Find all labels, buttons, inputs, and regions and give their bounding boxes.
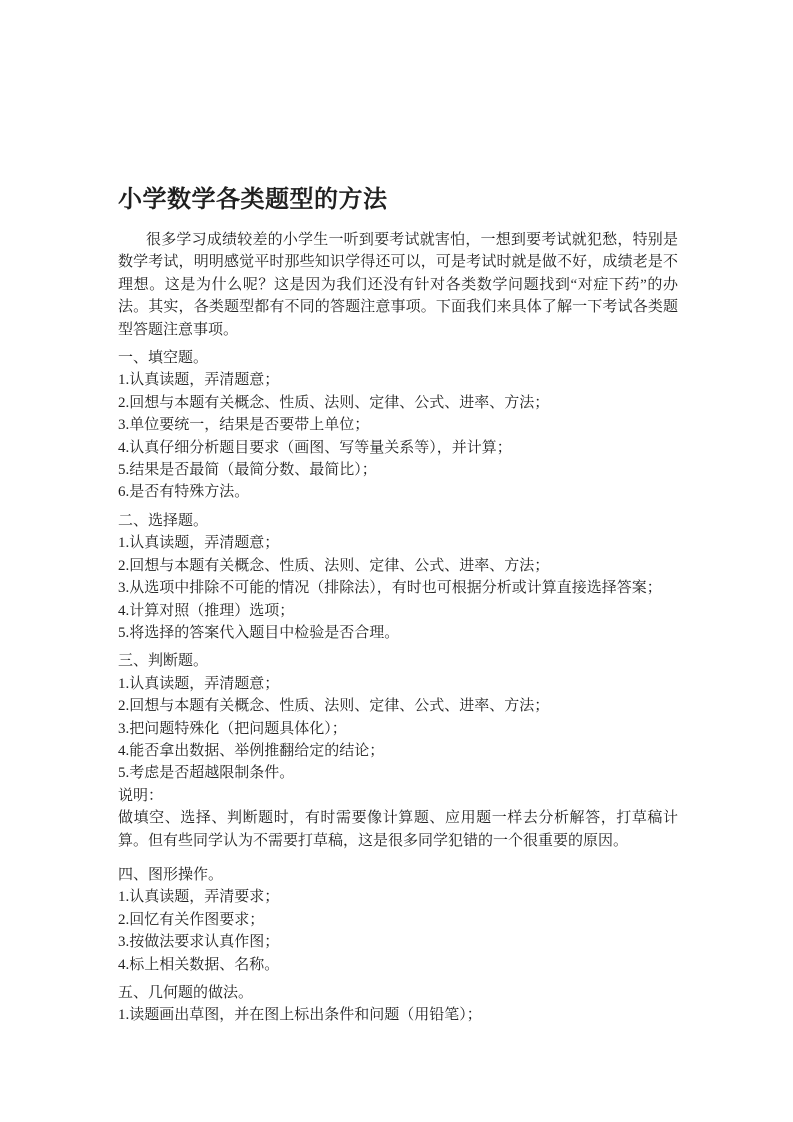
document-content: 小学数学各类题型的方法 很多学习成绩较差的小学生一听到要考试就害怕，一想到要考试… [118,186,678,1027]
section-heading: 一、填空题。 [118,347,678,369]
section-item: 4.计算对照（推理）选项； [118,600,678,622]
section-heading: 五、几何题的做法。 [118,982,678,1004]
section-item: 5.结果是否最简（最简分数、最简比）； [118,459,678,481]
section-note-label: 说明： [118,785,678,807]
section-geometry: 五、几何题的做法。 1.读题画出草图，并在图上标出条件和问题（用铅笔）； [118,982,678,1027]
section-item: 1.认真读题，弄清题意； [118,369,678,391]
section-item: 5.将选择的答案代入题目中检验是否合理。 [118,622,678,644]
section-multiple-choice: 二、选择题。 1.认真读题，弄清题意； 2.回想与本题有关概念、性质、法则、定律… [118,510,678,644]
section-item: 4.认真仔细分析题目要求（画图、写等量关系等），并计算； [118,437,678,459]
page-title: 小学数学各类题型的方法 [118,186,678,214]
section-fill-in-blanks: 一、填空题。 1.认真读题，弄清题意； 2.回想与本题有关概念、性质、法则、定律… [118,347,678,504]
intro-paragraph: 很多学习成绩较差的小学生一听到要考试就害怕，一想到要考试就犯愁，特别是数学考试，… [118,229,678,341]
section-item: 3.从选项中排除不可能的情况（排除法），有时也可根据分析或计算直接选择答案； [118,577,678,599]
section-note-paragraph: 做填空、选择、判断题时，有时需要像计算题、应用题一样去分析解答，打草稿计算。但有… [118,807,678,852]
section-item: 4.能否拿出数据、举例推翻给定的结论； [118,740,678,762]
section-item: 6.是否有特殊方法。 [118,481,678,503]
section-item: 5.考虑是否超越限制条件。 [118,762,678,784]
section-item: 2.回忆有关作图要求； [118,909,678,931]
section-item: 4.标上相关数据、名称。 [118,954,678,976]
section-heading: 二、选择题。 [118,510,678,532]
section-heading: 四、图形操作。 [118,864,678,886]
document-page: 小学数学各类题型的方法 很多学习成绩较差的小学生一听到要考试就害怕，一想到要考试… [0,0,793,1122]
section-item: 1.认真读题，弄清要求； [118,886,678,908]
section-item: 3.按做法要求认真作图； [118,931,678,953]
section-figure-operations: 四、图形操作。 1.认真读题，弄清要求； 2.回忆有关作图要求； 3.按做法要求… [118,864,678,976]
section-item: 1.认真读题，弄清题意； [118,673,678,695]
section-heading: 三、判断题。 [118,650,678,672]
section-item: 1.认真读题，弄清题意； [118,532,678,554]
section-item: 3.把问题特殊化（把问题具体化）； [118,718,678,740]
section-item: 3.单位要统一，结果是否要带上单位； [118,414,678,436]
section-item: 2.回想与本题有关概念、性质、法则、定律、公式、进率、方法； [118,392,678,414]
section-item: 1.读题画出草图，并在图上标出条件和问题（用铅笔）； [118,1004,678,1026]
section-true-false: 三、判断题。 1.认真读题，弄清题意； 2.回想与本题有关概念、性质、法则、定律… [118,650,678,852]
section-item: 2.回想与本题有关概念、性质、法则、定律、公式、进率、方法； [118,695,678,717]
section-item: 2.回想与本题有关概念、性质、法则、定律、公式、进率、方法； [118,555,678,577]
